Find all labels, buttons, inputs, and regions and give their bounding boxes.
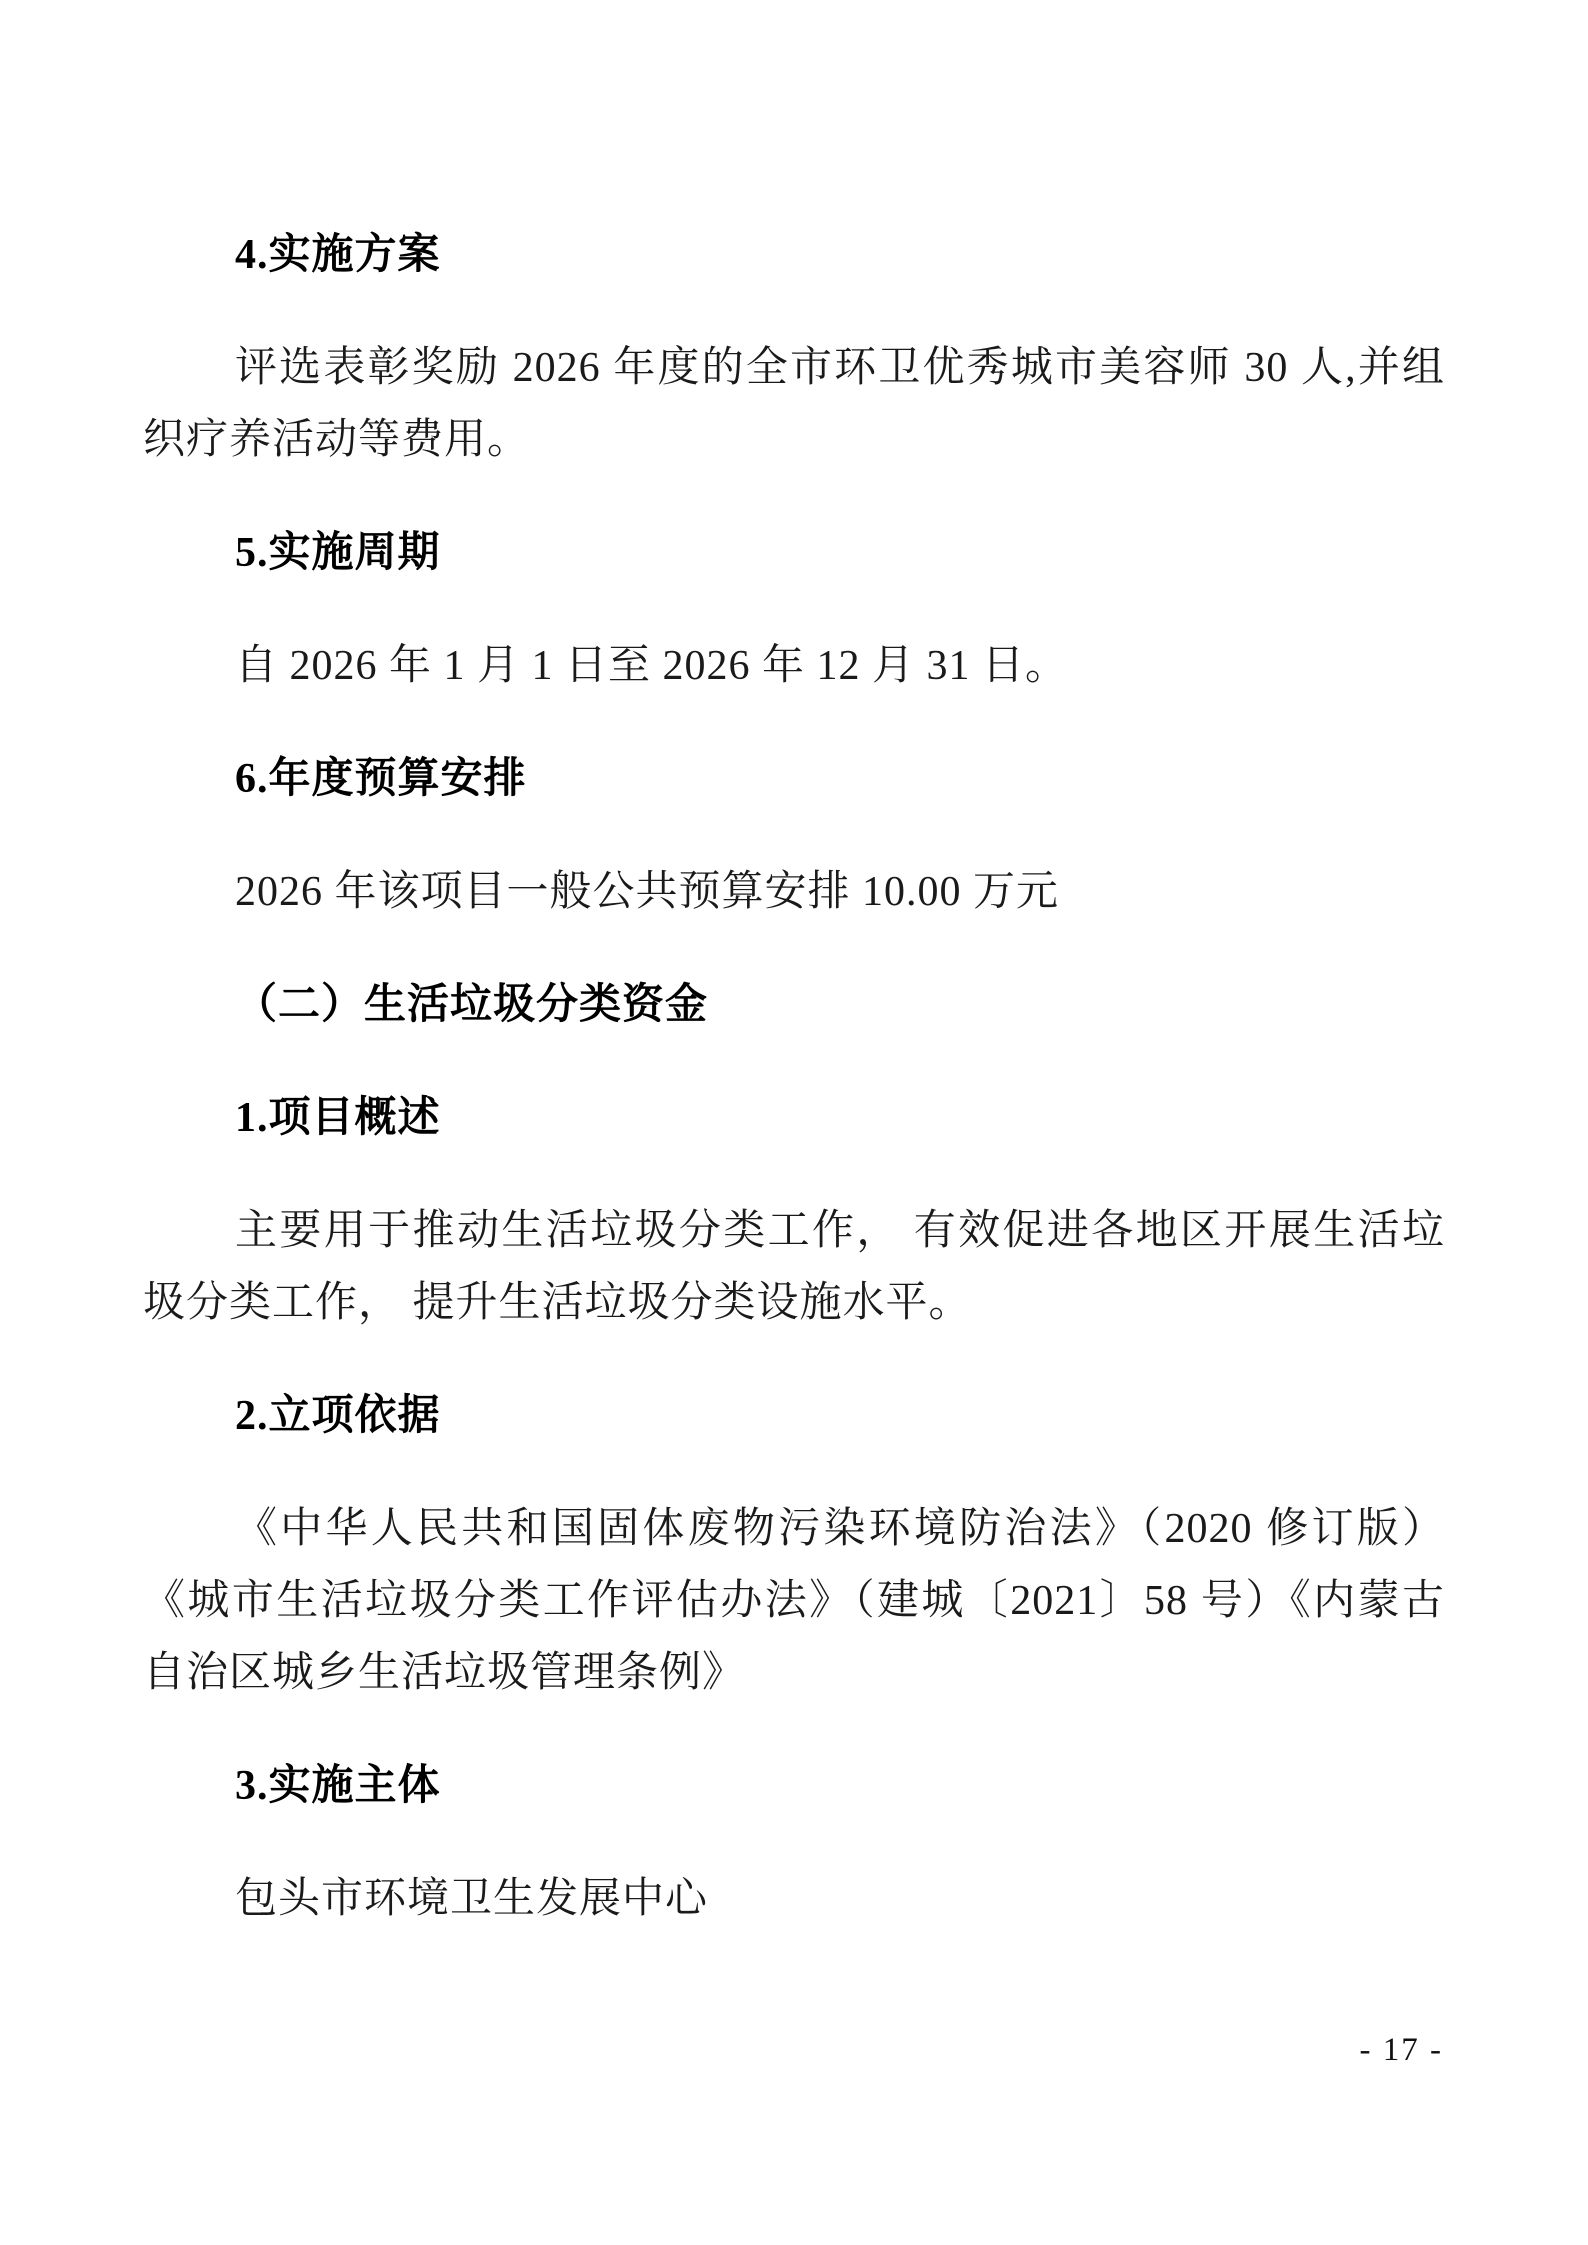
para-project-basis: 《中华人民共和国固体废物污染环境防治法》（2020 修订版）《城市生活垃圾分类工… [143, 1493, 1445, 1709]
para-implementing-entity: 包头市环境卫生发展中心 [143, 1863, 1445, 1935]
para-implementation-period: 自 2026 年 1 月 1 日至 2026 年 12 月 31 日。 [143, 630, 1445, 702]
para-annual-budget: 2026 年该项目一般公共预算安排 10.00 万元 [143, 856, 1445, 928]
section-heading-waste-sorting-fund: （二）生活垃圾分类资金 [143, 969, 1445, 1041]
heading-implementation-plan: 4.实施方案 [143, 219, 1445, 291]
document-page: 4.实施方案 评选表彰奖励 2026 年度的全市环卫优秀城市美容师 30 人,并… [0, 0, 1588, 2245]
heading-project-overview: 1.项目概述 [143, 1082, 1445, 1154]
heading-project-basis: 2.立项依据 [143, 1380, 1445, 1452]
page-number: - 17 - [1360, 2030, 1443, 2070]
heading-annual-budget: 6.年度预算安排 [143, 743, 1445, 815]
heading-implementing-entity: 3.实施主体 [143, 1750, 1445, 1822]
para-implementation-plan: 评选表彰奖励 2026 年度的全市环卫优秀城市美容师 30 人,并组织疗养活动等… [143, 332, 1445, 476]
heading-implementation-period: 5.实施周期 [143, 517, 1445, 589]
para-project-overview: 主要用于推动生活垃圾分类工作， 有效促进各地区开展生活垃圾分类工作， 提升生活垃… [143, 1195, 1445, 1339]
